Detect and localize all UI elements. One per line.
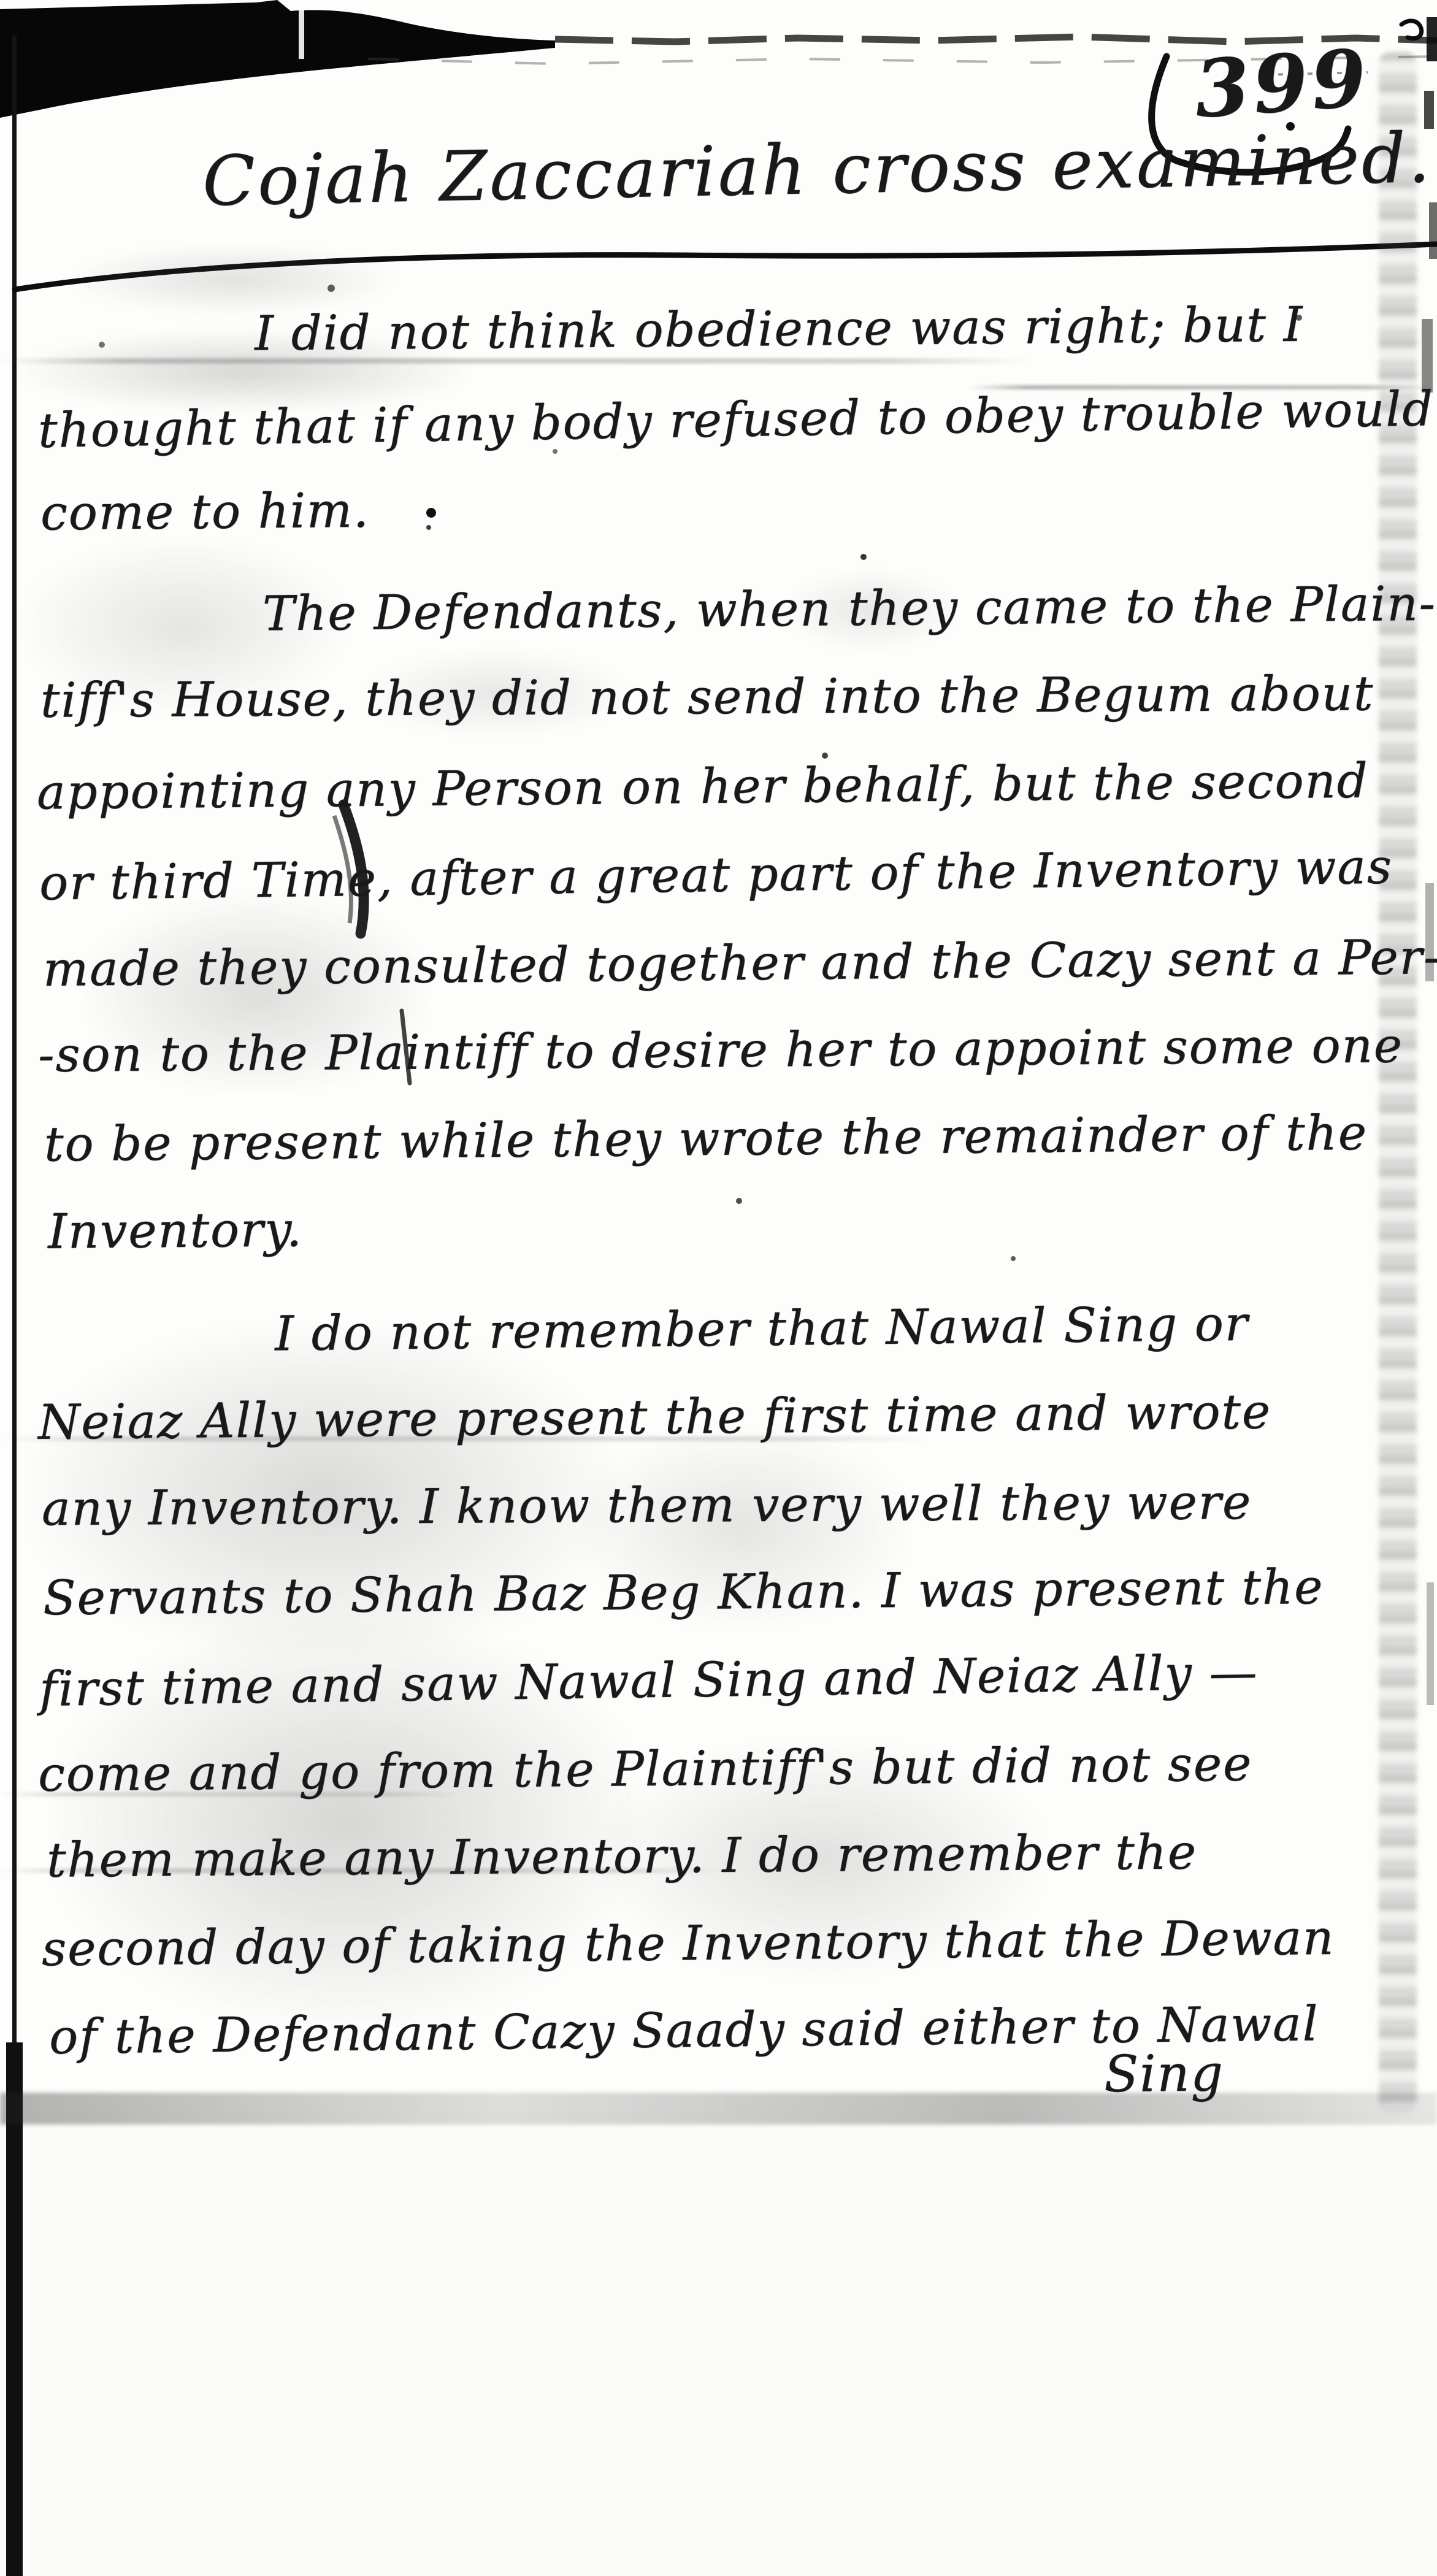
manuscript-line: to be present while they wrote the remai…	[44, 1106, 1368, 1173]
manuscript-line: I did not think obedience was right; but…	[255, 297, 1304, 362]
smudge	[74, 245, 393, 313]
right-gutter-shadow	[1379, 52, 1417, 2113]
manuscript-line: appointing any Person on her behalf, but…	[37, 754, 1369, 821]
manuscript-line: come and go from the Plaintiff's but did…	[38, 1736, 1253, 1802]
manuscript-line: any Inventory. I know them very well the…	[42, 1475, 1252, 1536]
manuscript-line: tiff's House, they did not send into the…	[40, 666, 1374, 728]
manuscript-line: them make any Inventory. I do remember t…	[47, 1825, 1197, 1888]
catchword: Sing	[1104, 2044, 1225, 2104]
manuscript-line: Inventory.	[48, 1202, 303, 1260]
manuscript-line: The Defendants, when they came to the Pl…	[262, 577, 1437, 642]
manuscript-line: Neiaz Ally were present the first time a…	[38, 1384, 1272, 1451]
manuscript-line: Servants to Shah Baz Beg Khan. I was pre…	[43, 1560, 1324, 1626]
manuscript-line: second day of taking the Inventory that …	[42, 1911, 1335, 1977]
manuscript-line: -son to the Plaintiff to desire her to a…	[38, 1018, 1403, 1083]
scanned-manuscript-page: 399 Cojah Zaccariah cross examined. I di…	[0, 0, 1437, 2576]
manuscript-line: come to him.	[40, 483, 370, 542]
manuscript-line: I do not remember that Nawal Sing or	[275, 1297, 1249, 1362]
